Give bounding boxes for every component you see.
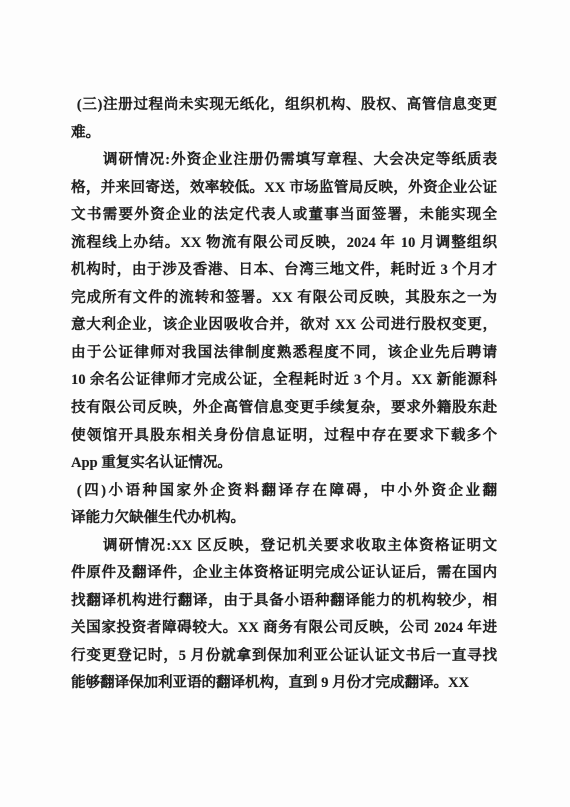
body-text-line: 流程线上办结。XX 物流有限公司反映，2024 年 10 月调整组织 — [71, 230, 497, 258]
document-page: (三)注册过程尚未实现无纸化，组织机构、股权、高管信息变更难。调研情况:外资企业… — [0, 0, 570, 807]
body-text-line: 由于公证律师对我国法律制度熟悉程度不同，该企业先后聘请 — [71, 340, 497, 368]
body-text-line: 关国家投资者障碍较大。XX 商务有限公司反映，公司 2024 年进 — [71, 615, 497, 643]
heading-text-line: (三)注册过程尚未实现无纸化，组织机构、股权、高管信息变更 — [71, 92, 497, 120]
heading-text-line: 译能力欠缺催生代办机构。 — [71, 505, 497, 533]
body-text-line: 能够翻译保加利亚语的翻译机构，直到 9 月份才完成翻译。XX — [71, 670, 497, 698]
body-text-line: 技有限公司反映，外企高管信息变更手续复杂，要求外籍股东赴 — [71, 395, 497, 423]
body-text-line: 使领馆开具股东相关身份信息证明，过程中存在要求下载多个 — [71, 423, 497, 451]
body-text-line: 调研情况:外资企业注册仍需填写章程、大会决定等纸质表 — [71, 147, 497, 175]
body-text-line: 件原件及翻译件，企业主体资格证明完成公证认证后，需在国内 — [71, 560, 497, 588]
body-text-line: 文书需要外资企业的法定代表人或董事当面签署，未能实现全 — [71, 202, 497, 230]
body-text-line: 格，并来回寄送，效率较低。XX 市场监管局反映，外资企业公证 — [71, 175, 497, 203]
body-text-line: 完成所有文件的流转和签署。XX 有限公司反映，其股东之一为 — [71, 285, 497, 313]
body-text-line: 调研情况:XX 区反映，登记机关要求收取主体资格证明文 — [71, 533, 497, 561]
body-text-line: 找翻译机构进行翻译，由于具备小语种翻译能力的机构较少，相 — [71, 588, 497, 616]
body-text-line: App 重复实名认证情况。 — [71, 450, 497, 478]
heading-text-line: 难。 — [71, 120, 497, 148]
body-text-line: 意大利企业，该企业因吸收合并，欲对 XX 公司进行股权变更， — [71, 312, 497, 340]
body-text-line: 行变更登记时，5 月份就拿到保加利亚公证认证文书后一直寻找 — [71, 643, 497, 671]
document-text-block: (三)注册过程尚未实现无纸化，组织机构、股权、高管信息变更难。调研情况:外资企业… — [71, 92, 497, 698]
heading-text-line: (四)小语种国家外企资料翻译存在障碍，中小外资企业翻 — [71, 478, 497, 506]
body-text-line: 10 余名公证律师才完成公证，全程耗时近 3 个月。XX 新能源科 — [71, 367, 497, 395]
body-text-line: 机构时，由于涉及香港、日本、台湾三地文件，耗时近 3 个月才 — [71, 257, 497, 285]
